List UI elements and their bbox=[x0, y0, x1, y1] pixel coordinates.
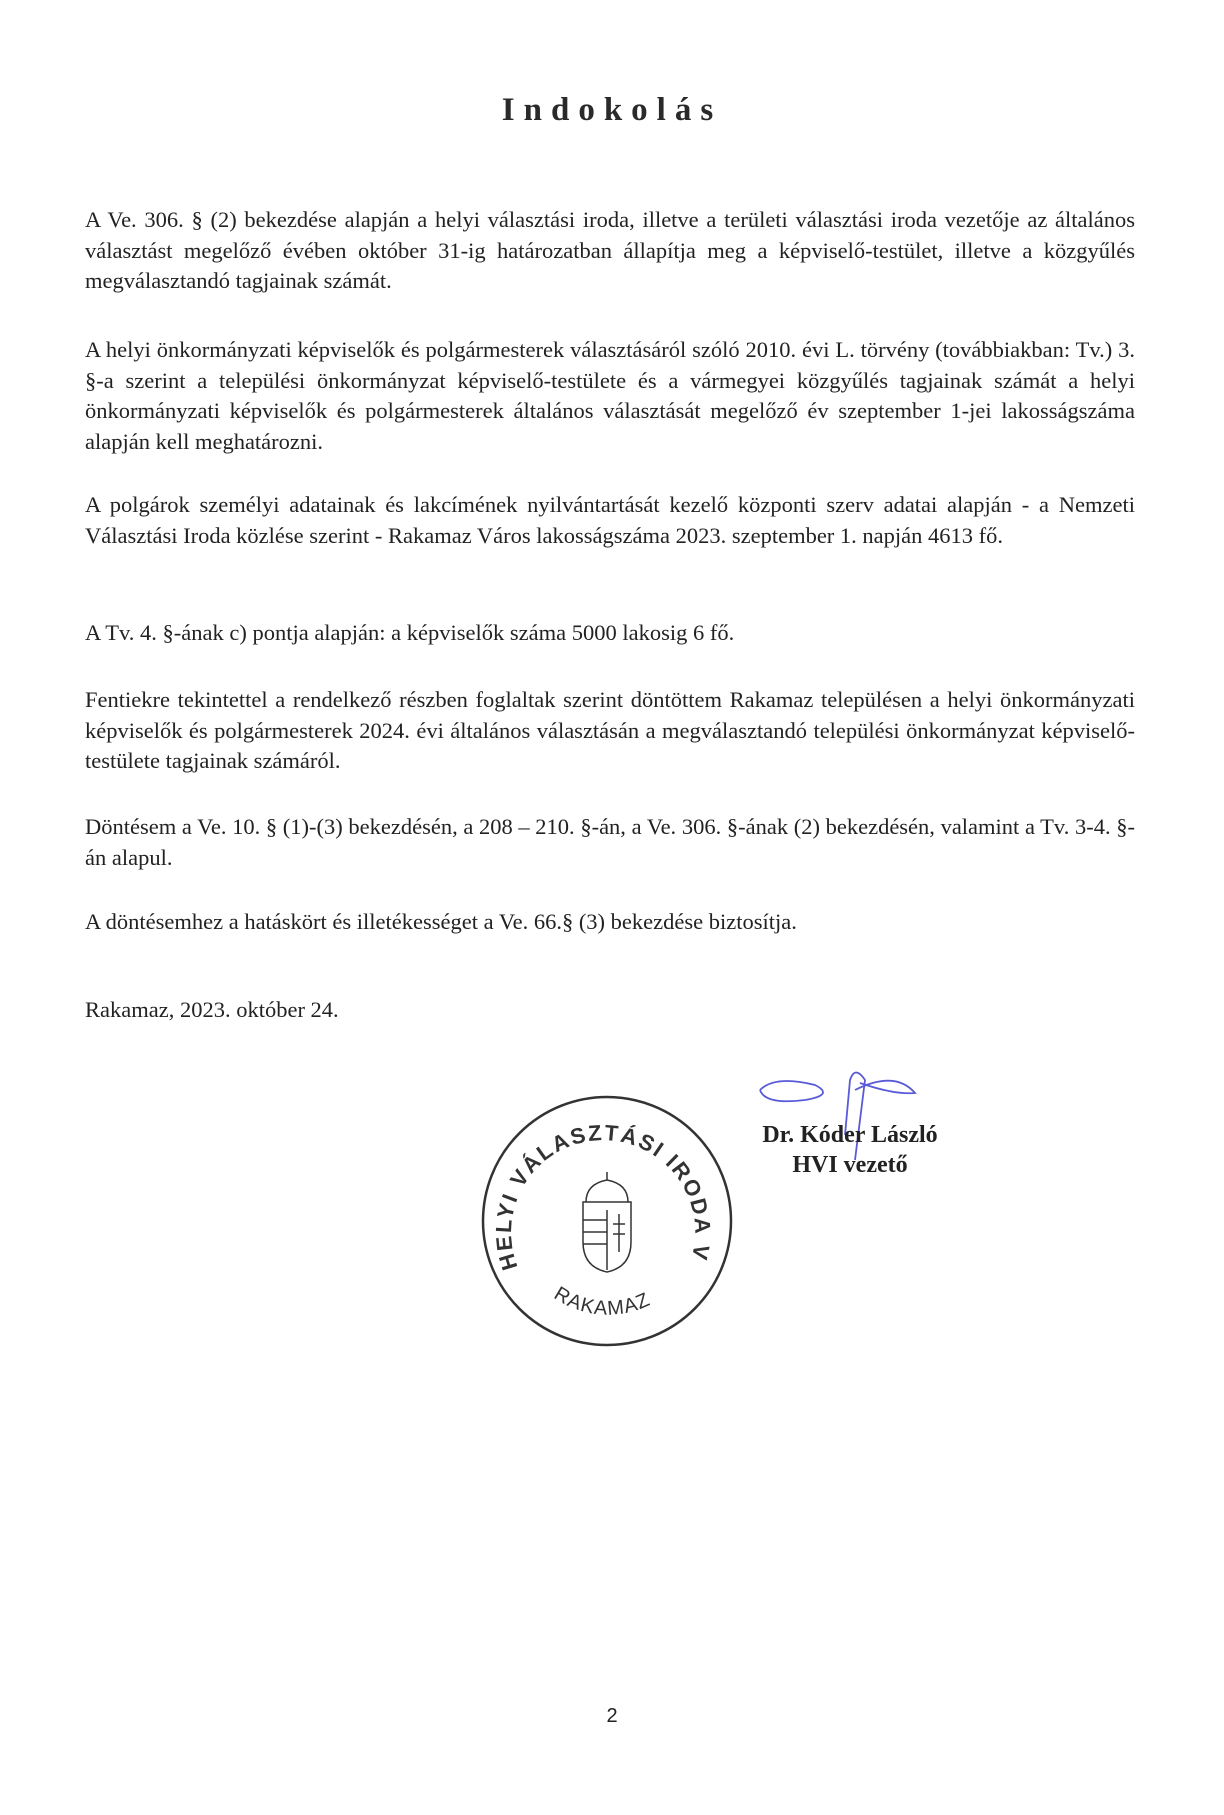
paragraph-3: A polgárok személyi adatainak és lakcímé… bbox=[85, 490, 1135, 551]
paragraph-6: Döntésem a Ve. 10. § (1)-(3) bekezdésén,… bbox=[85, 812, 1135, 873]
signer-role: HVI vezető bbox=[720, 1150, 980, 1180]
hungarian-coat-of-arms-icon bbox=[583, 1172, 631, 1272]
paragraph-2: A helyi önkormányzati képviselők és polg… bbox=[85, 335, 1135, 457]
paragraph-4: A Tv. 4. §-ának c) pontja alapján: a kép… bbox=[85, 618, 1135, 649]
place-and-date: Rakamaz, 2023. október 24. bbox=[85, 997, 339, 1023]
official-stamp: HELYI VÁLASZTÁSI IRODA VEZETŐJE RAKAMAZ bbox=[478, 1092, 736, 1350]
signer-name: Dr. Kóder László bbox=[720, 1120, 980, 1150]
paragraph-7: A döntésemhez a hatáskört és illetékessé… bbox=[85, 907, 1135, 938]
svg-text:RAKAMAZ: RAKAMAZ bbox=[550, 1283, 653, 1320]
page-number: 2 bbox=[0, 1705, 1224, 1728]
stamp-bottom-text: RAKAMAZ bbox=[550, 1283, 653, 1320]
signer-block: Dr. Kóder László HVI vezető bbox=[720, 1120, 980, 1180]
paragraph-5: Fentiekre tekintettel a rendelkező részb… bbox=[85, 685, 1135, 777]
paragraph-1: A Ve. 306. § (2) bekezdése alapján a hel… bbox=[85, 205, 1135, 297]
document-title: Indokolás bbox=[0, 92, 1224, 129]
